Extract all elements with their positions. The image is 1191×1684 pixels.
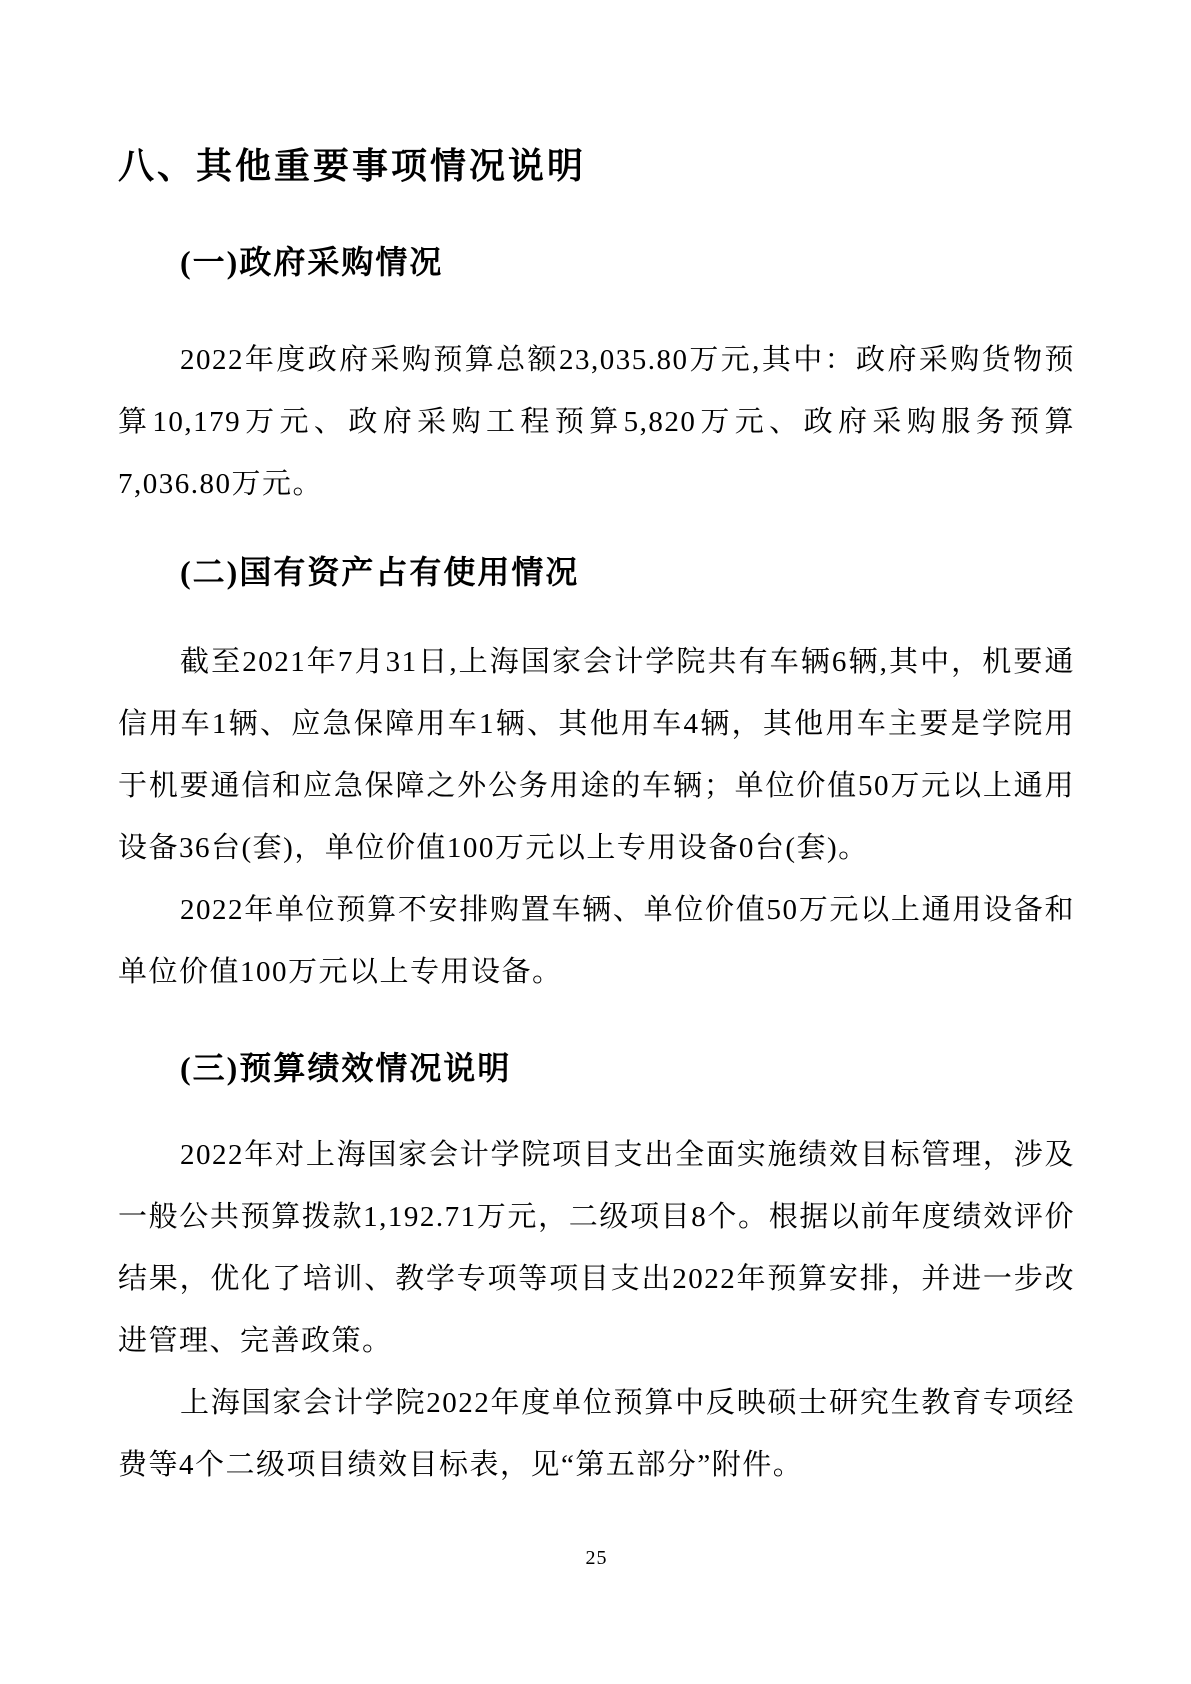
section-heading-state-assets: (二)国有资产占有使用情况 — [180, 552, 1075, 592]
paragraph: 2022年度政府采购预算总额23,035.80万元,其中：政府采购货物预算10,… — [118, 329, 1075, 515]
paragraph: 上海国家会计学院2022年度单位预算中反映硕士研究生教育专项经费等4个二级项目绩… — [118, 1372, 1075, 1496]
paragraph: 2022年单位预算不安排购置车辆、单位价值50万元以上通用设备和单位价值100万… — [118, 879, 1075, 1003]
page-number: 25 — [118, 1545, 1075, 1571]
document-page: 八、其他重要事项情况说明 (一)政府采购情况 2022年度政府采购预算总额23,… — [0, 0, 1191, 1684]
section-heading-budget-performance: (三)预算绩效情况说明 — [180, 1048, 1075, 1088]
page-title: 八、其他重要事项情况说明 — [118, 143, 1075, 189]
document-content: 八、其他重要事项情况说明 (一)政府采购情况 2022年度政府采购预算总额23,… — [0, 0, 1191, 1571]
section-heading-government-procurement: (一)政府采购情况 — [180, 242, 1075, 282]
paragraph: 2022年对上海国家会计学院项目支出全面实施绩效目标管理，涉及一般公共预算拨款1… — [118, 1124, 1075, 1372]
paragraph: 截至2021年7月31日,上海国家会计学院共有车辆6辆,其中，机要通信用车1辆、… — [118, 631, 1075, 879]
